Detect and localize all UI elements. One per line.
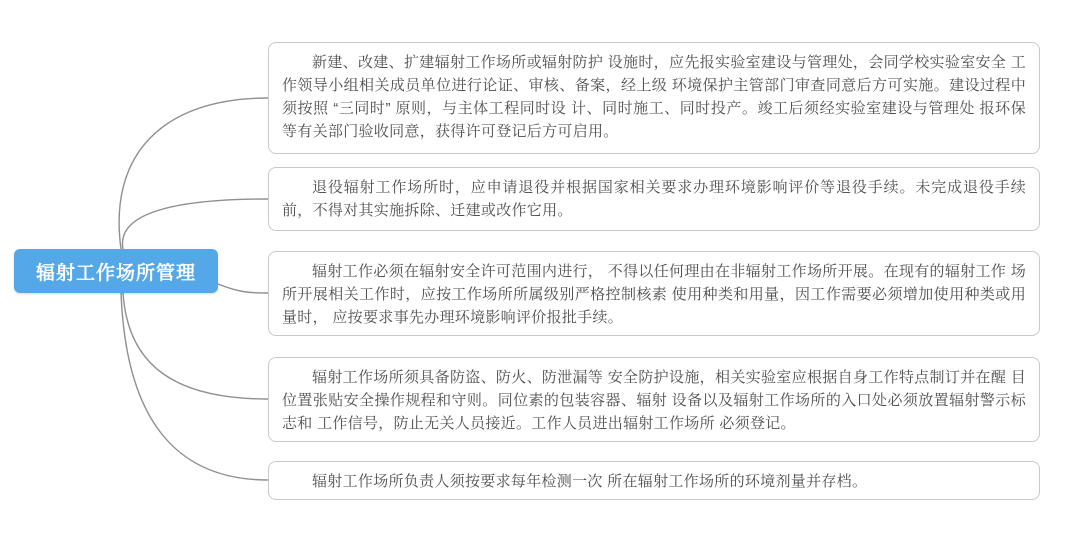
topic-box-annual-check[interactable]: 辐射工作场所负责人须按要求每年检测一次 所在辐射工作场所的环境剂量并存档。 — [268, 461, 1040, 500]
topic-text: 辐射工作场所负责人须按要求每年检测一次 所在辐射工作场所的环境剂量并存档。 — [282, 470, 1026, 493]
topic-box-decommission[interactable]: 退役辐射工作场所时，应申请退役并根据国家相关要求办理环境影响评价等退役手续。未完… — [268, 167, 1040, 231]
topic-box-construction[interactable]: 新建、改建、扩建辐射工作场所或辐射防护 设施时，应先报实验室建设与管理处，会同学… — [268, 42, 1040, 154]
topic-text: 退役辐射工作场所时，应申请退役并根据国家相关要求办理环境影响评价等退役手续。未完… — [282, 176, 1026, 222]
connector-branch-3 — [218, 284, 268, 293]
connector-branch-4 — [123, 293, 268, 399]
topic-box-safety-facilities[interactable]: 辐射工作场所须具备防盗、防火、防泄漏等 安全防护设施，相关实验室应根据自身工作特… — [268, 357, 1040, 442]
root-node-label: 辐射工作场所管理 — [36, 258, 196, 285]
topic-text: 新建、改建、扩建辐射工作场所或辐射防护 设施时，应先报实验室建设与管理处，会同学… — [282, 51, 1026, 143]
topic-box-license-scope[interactable]: 辐射工作必须在辐射安全许可范围内进行， 不得以任何理由在非辐射工作场所开展。在现… — [268, 251, 1040, 336]
connector-branch-5 — [121, 293, 268, 480]
mindmap-canvas: 辐射工作场所管理 新建、改建、扩建辐射工作场所或辐射防护 设施时，应先报实验室建… — [0, 0, 1080, 544]
connector-branch-2 — [122, 199, 268, 249]
topic-text: 辐射工作必须在辐射安全许可范围内进行， 不得以任何理由在非辐射工作场所开展。在现… — [282, 260, 1026, 329]
root-node[interactable]: 辐射工作场所管理 — [14, 249, 218, 293]
connector-branch-1 — [119, 98, 268, 249]
topic-text: 辐射工作场所须具备防盗、防火、防泄漏等 安全防护设施，相关实验室应根据自身工作特… — [282, 366, 1026, 435]
